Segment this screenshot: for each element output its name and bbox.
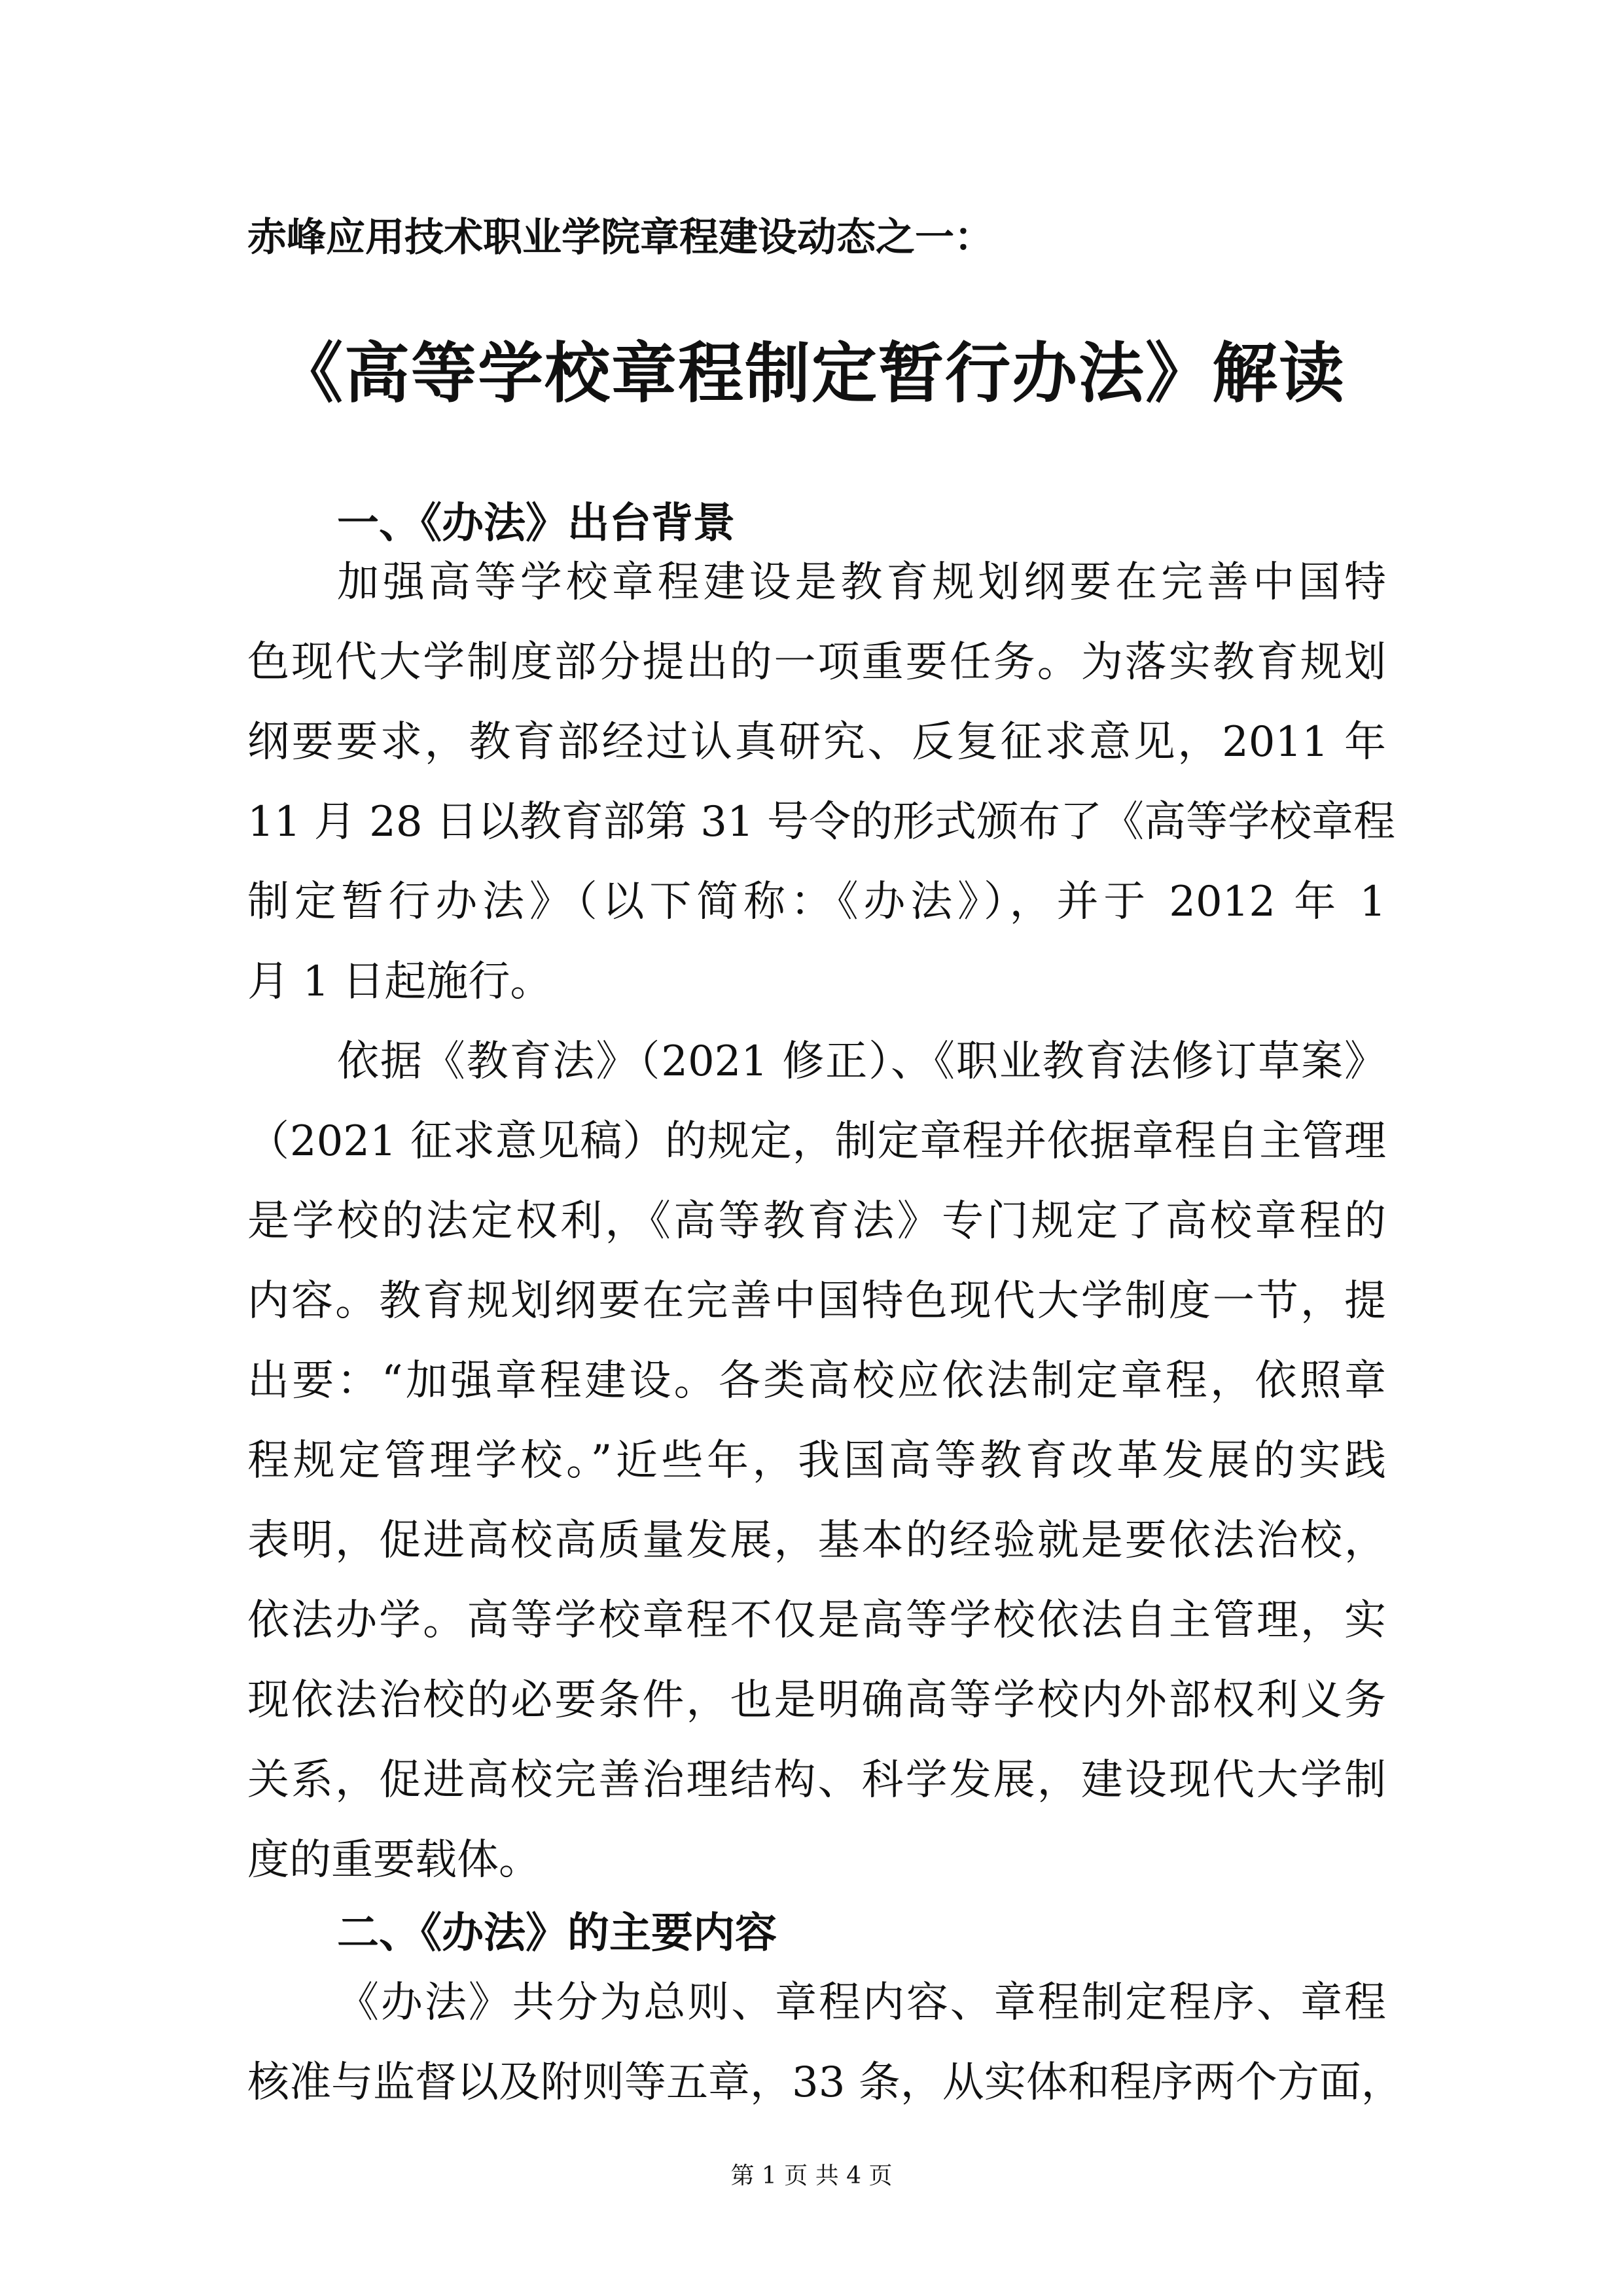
paragraph-line: 制定暂行办法》（以下简称：《办法》），并于 2012 年 1 xyxy=(247,869,1386,935)
paragraph-line: 纲要要求，教育部经过认真研究、反复征求意见，2011 年 xyxy=(247,709,1386,775)
paragraph-line: 是学校的法定权利，《高等教育法》专门规定了高校章程的 xyxy=(247,1189,1386,1254)
paragraph-line: 依法办学。高等学校章程不仅是高等学校依法自主管理，实 xyxy=(247,1588,1386,1653)
paragraph-line: 关系，促进高校完善治理结构、科学发展，建设现代大学制 xyxy=(247,1748,1386,1813)
paragraph-line: 内容。教育规划纲要在完善中国特色现代大学制度一节，提 xyxy=(247,1268,1386,1334)
paragraph-line: 出要：“加强章程建设。各类高校应依法制定章程，依照章 xyxy=(247,1348,1386,1414)
paragraph-line: 度的重要载体。 xyxy=(247,1827,1386,1893)
paragraph-line: 加强高等学校章程建设是教育规划纲要在完善中国特 xyxy=(337,550,1386,615)
paragraph-line: 核准与监督以及附则等五章，33 条，从实体和程序两个方面， xyxy=(247,2050,1386,2115)
paragraph-line: 依据《教育法》（2021 修正）、《职业教育法修订草案》 xyxy=(337,1029,1386,1094)
paragraph-line: 《办法》共分为总则、章程内容、章程制定程序、章程 xyxy=(337,1970,1386,2036)
paragraph-line: 现依法治校的必要条件，也是明确高等学校内外部权利义务 xyxy=(247,1668,1386,1733)
document-page: 赤峰应用技术职业学院章程建设动态之一： 《高等学校章程制定暂行办法》解读 一、《… xyxy=(0,0,1623,2296)
paragraph-line: 色现代大学制度部分提出的一项重要任务。为落实教育规划 xyxy=(247,630,1386,695)
page-footer: 第 1 页 共 4 页 xyxy=(0,2160,1623,2193)
paragraph-line: 月 1 日起施行。 xyxy=(247,949,1386,1014)
paragraph-line: 程规定管理学校。”近些年，我国高等教育改革发展的实践 xyxy=(247,1428,1386,1494)
paragraph-line: 11 月 28 日以教育部第 31 号令的形式颁布了《高等学校章程 xyxy=(247,789,1386,855)
paragraph-line: 表明，促进高校高质量发展，基本的经验就是要依法治校， xyxy=(247,1508,1386,1573)
paragraph-line: （2021 征求意见稿）的规定，制定章程并依据章程自主管理 xyxy=(247,1109,1386,1174)
section-heading-1: 一、《办法》出台背景 xyxy=(337,491,735,556)
document-title: 《高等学校章程制定暂行办法》解读 xyxy=(0,327,1623,419)
section-heading-2: 二、《办法》的主要内容 xyxy=(337,1901,777,1966)
document-kicker: 赤峰应用技术职业学院章程建设动态之一： xyxy=(247,208,993,267)
